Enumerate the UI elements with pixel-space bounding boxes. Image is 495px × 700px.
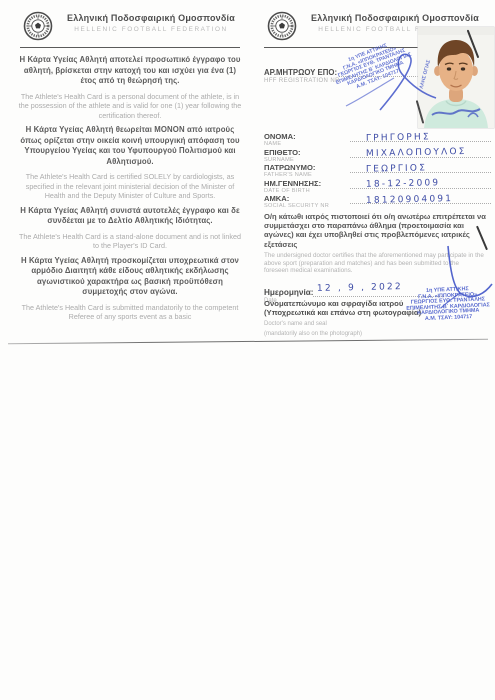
- amka-label-english: SOCIAL SECURITY NR: [264, 203, 350, 210]
- paragraph-en-3: The Athlete's Health Card is a stand-alo…: [18, 232, 242, 251]
- hff-logo-icon: [23, 11, 53, 41]
- fathers-name-value-handwritten: ΓΕΩΡΓΙΟΣ: [366, 163, 427, 174]
- scanned-health-card-page: Ελληνική Ποδοσφαιρική Ομοσπονδία HELLENI…: [0, 0, 495, 700]
- left-header-divider: [20, 47, 240, 48]
- name-label-greek: ΟΝΟΜΑ:: [264, 133, 350, 141]
- amka-value-handwritten: 18120904091: [366, 194, 453, 206]
- paragraph-el-1: Η Κάρτα Υγείας Αθλητή αποτελεί προσωπικό…: [18, 55, 242, 87]
- surname-label-greek: ΕΠΙΘΕΤΟ:: [264, 149, 350, 157]
- doctor-seal-block: Ονοματεπώνυμο και σφραγίδα ιατρού (Υποχρ…: [264, 299, 464, 338]
- doctor-label-greek-line1: Ονοματεπώνυμο και σφραγίδα ιατρού: [264, 299, 464, 308]
- athlete-id-photo: ΛΛΗΣ ΟΓΙΑΣ: [418, 27, 494, 128]
- amka-label-greek: ΑΜΚΑ:: [264, 195, 350, 203]
- name-value-handwritten: ΓΡΗΓΟΡΗΣ: [366, 132, 431, 143]
- paragraph-en-2: The Athlete's Health Card is certified S…: [18, 172, 242, 201]
- doctor-label-english-line2: (mandatorily also on the photograph): [264, 331, 464, 338]
- date-value-handwritten: 12 , 9 , 2022: [317, 282, 403, 294]
- federation-title-greek: Ελληνική Ποδοσφαιρική Ομοσπονδία: [304, 13, 486, 23]
- hff-logo-icon: [267, 11, 297, 41]
- registration-number-row: ΑΡ.ΜΗΤΡΩΟΥ ΕΠΟ: HFF REGISTRATION NR: [264, 68, 424, 84]
- surname-value-handwritten: ΜΙΧΑΛΟΠΟΥΛΟΣ: [366, 147, 467, 159]
- paragraph-el-3: Η Κάρτα Υγείας Αθλητή συνιστά αυτοτελές …: [18, 206, 242, 227]
- doctor-label-greek-line2: (Υποχρεωτικά και επάνω στη φωτογραφία): [264, 308, 464, 317]
- cards-bottom-divider: [8, 339, 488, 345]
- registration-label-english: HFF REGISTRATION NR: [264, 78, 424, 84]
- card-terms-paragraphs: Η Κάρτα Υγείας Αθλητή αποτελεί προσωπικό…: [18, 55, 242, 327]
- field-row-fathers-name: ΠΑΤΡΩΝΥΜΟ: FATHER'S NAME ΓΕΩΡΓΙΟΣ: [264, 163, 491, 179]
- certification-text-greek: Ο/η κάτωθι ιατρός πιστοποιεί ότι ο/η ανω…: [264, 212, 490, 249]
- federation-title-english: HELLENIC FOOTBALL FEDERATION: [60, 26, 242, 33]
- fathers-name-label-greek: ΠΑΤΡΩΝΥΜΟ:: [264, 164, 350, 172]
- federation-title-greek: Ελληνική Ποδοσφαιρική Ομοσπονδία: [60, 13, 242, 23]
- field-row-name: ΟΝΟΜΑ: NAME ΓΡΗΓΟΡΗΣ: [264, 132, 491, 148]
- health-card-front-form: Ελληνική Ποδοσφαιρική Ομοσπονδία HELLENI…: [262, 6, 493, 46]
- paragraph-en-4: The Athlete's Health Card is submitted m…: [18, 303, 242, 322]
- registration-label-greek: ΑΡ.ΜΗΤΡΩΟΥ ΕΠΟ:: [264, 68, 337, 77]
- birthdate-value-handwritten: 18-12-2009: [366, 178, 441, 190]
- certification-text-english: The undersigned doctor certifies that th…: [264, 252, 484, 275]
- field-row-birthdate: ΗΜ.ΓΕΝΝΗΣΗΣ: DATE OF BIRTH 18-12-2009: [264, 179, 491, 195]
- birthdate-label-greek: ΗΜ.ΓΕΝΝΗΣΗΣ:: [264, 180, 350, 188]
- paragraph-el-2: Η Κάρτα Υγείας Αθλητή θεωρείται ΜΟΝΟΝ απ…: [18, 125, 242, 167]
- registration-dotted-line: [339, 69, 424, 77]
- left-card-header: Ελληνική Ποδοσφαιρική Ομοσπονδία HELLENI…: [18, 6, 242, 46]
- date-label-greek: Ημερομηνία:: [264, 288, 313, 297]
- personal-data-fields: ΟΝΟΜΑ: NAME ΓΡΗΓΟΡΗΣ ΕΠΙΘΕΤΟ: SURNAME ΜΙ…: [264, 132, 491, 210]
- left-card-titles: Ελληνική Ποδοσφαιρική Ομοσπονδία HELLENI…: [60, 13, 242, 33]
- paragraph-el-4: Η Κάρτα Υγείας Αθλητή προσκομίζεται υποχ…: [18, 256, 242, 298]
- field-row-surname: ΕΠΙΘΕΤΟ: SURNAME ΜΙΧΑΛΟΠΟΥΛΟΣ: [264, 148, 491, 164]
- health-card-front-info: Ελληνική Ποδοσφαιρική Ομοσπονδία HELLENI…: [18, 6, 242, 46]
- field-row-amka: ΑΜΚΑ: SOCIAL SECURITY NR 18120904091: [264, 194, 491, 210]
- paragraph-en-1: The Athlete's Health Card is a personal …: [18, 92, 242, 121]
- doctor-label-english-line1: Doctor's name and seal: [264, 321, 464, 328]
